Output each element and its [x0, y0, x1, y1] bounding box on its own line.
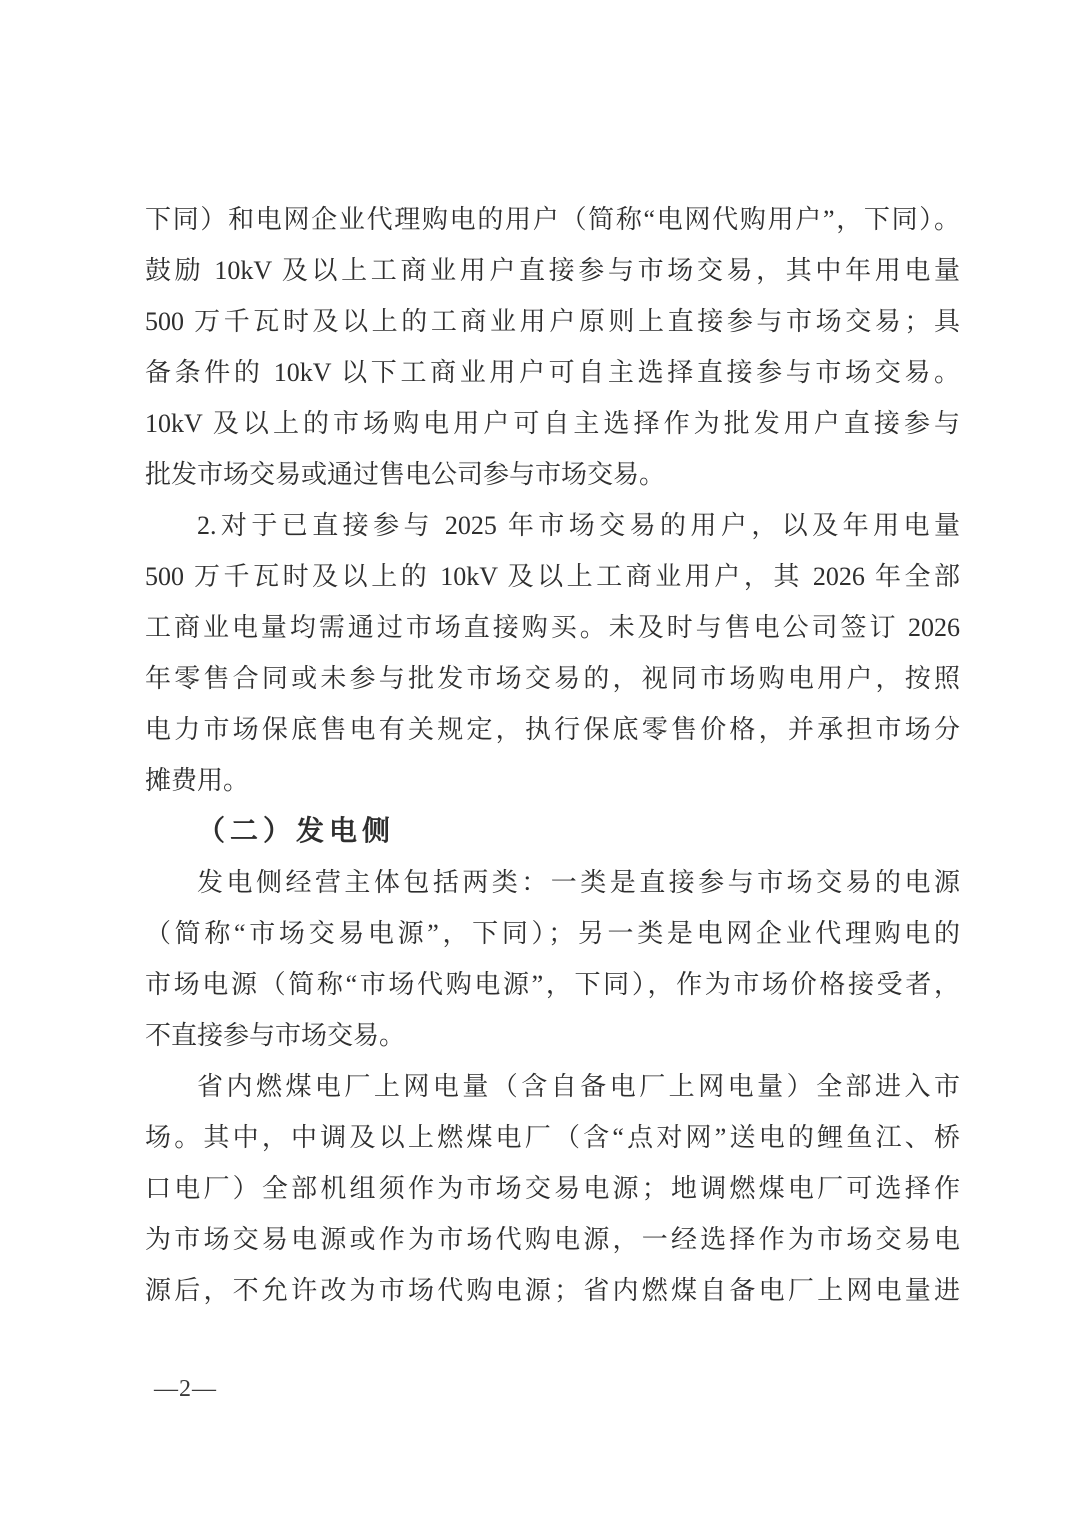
text-line: 10kV 及以上的市场购电用户可自主选择作为批发用户直接参与 — [145, 398, 960, 449]
text-line: 年零售合同或未参与批发市场交易的，视同市场购电用户，按照 — [145, 653, 960, 704]
text-line: 工商业电量均需通过市场直接购买。未及时与售电公司签订 2026 — [145, 602, 960, 653]
text-line: 500 万千瓦时及以上的工商业用户原则上直接参与市场交易；具 — [145, 296, 960, 347]
text-line: （简称“市场交易电源”，下同）；另一类是电网企业代理购电的 — [145, 908, 960, 959]
section-heading: （二）发电侧 — [145, 806, 960, 857]
text-line: 下同）和电网企业代理购电的用户（简称“电网代购用户”，下同）。 — [145, 194, 960, 245]
text-line: 发电侧经营主体包括两类：一类是直接参与市场交易的电源 — [145, 857, 960, 908]
text-line: 省内燃煤电厂上网电量（含自备电厂上网电量）全部进入市 — [145, 1061, 960, 1112]
text-line: 备条件的 10kV 以下工商业用户可自主选择直接参与市场交易。 — [145, 347, 960, 398]
page-number: —2— — [154, 1374, 217, 1404]
text-line: 不直接参与市场交易。 — [145, 1010, 960, 1061]
document-body: 下同）和电网企业代理购电的用户（简称“电网代购用户”，下同）。 鼓励 10kV … — [145, 194, 960, 1316]
text-line: 2.对于已直接参与 2025 年市场交易的用户，以及年用电量 — [145, 500, 960, 551]
text-line: 500 万千瓦时及以上的 10kV 及以上工商业用户，其 2026 年全部 — [145, 551, 960, 602]
text-line: 电力市场保底售电有关规定，执行保底零售价格，并承担市场分 — [145, 704, 960, 755]
text-line: 批发市场交易或通过售电公司参与市场交易。 — [145, 449, 960, 500]
text-line: 为市场交易电源或作为市场代购电源，一经选择作为市场交易电 — [145, 1214, 960, 1265]
document-page: 下同）和电网企业代理购电的用户（简称“电网代购用户”，下同）。 鼓励 10kV … — [0, 0, 1080, 1527]
text-line: 场。其中，中调及以上燃煤电厂（含“点对网”送电的鲤鱼江、桥 — [145, 1112, 960, 1163]
text-line: 摊费用。 — [145, 755, 960, 806]
text-line: 市场电源（简称“市场代购电源”，下同），作为市场价格接受者， — [145, 959, 960, 1010]
text-line: 鼓励 10kV 及以上工商业用户直接参与市场交易，其中年用电量 — [145, 245, 960, 296]
text-line: 口电厂）全部机组须作为市场交易电源；地调燃煤电厂可选择作 — [145, 1163, 960, 1214]
text-line: 源后，不允许改为市场代购电源；省内燃煤自备电厂上网电量进 — [145, 1265, 960, 1316]
